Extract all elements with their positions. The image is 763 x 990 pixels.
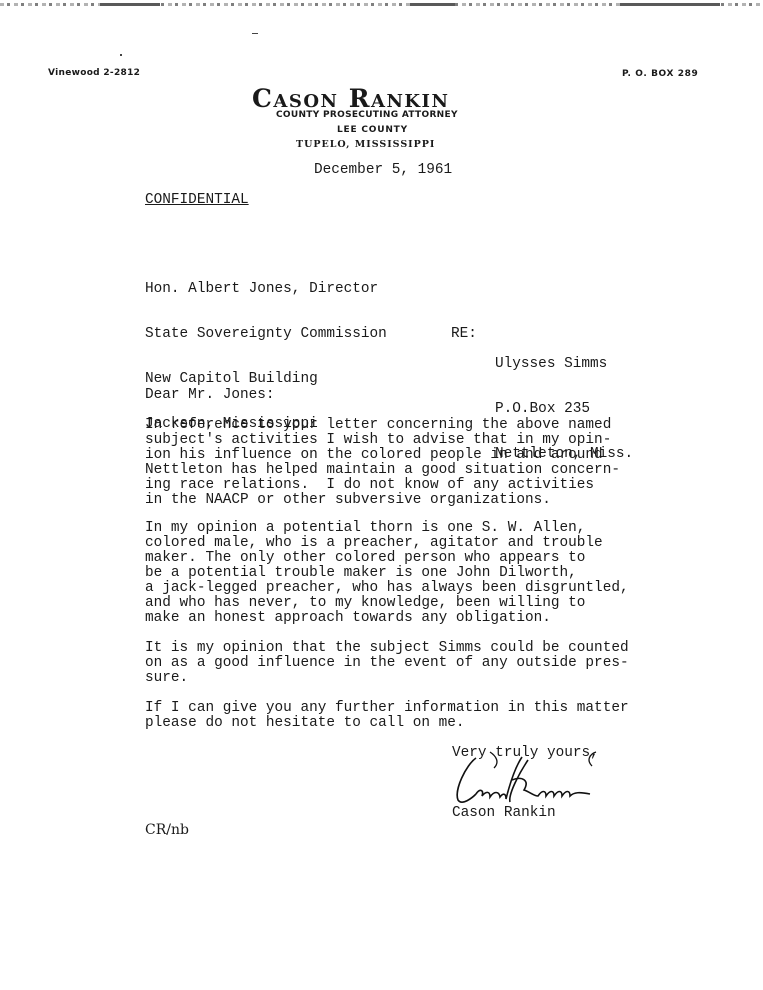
subject-line: Ulysses Simms xyxy=(495,357,633,372)
body-paragraph: It is my opinion that the subject Simms … xyxy=(145,641,629,686)
recipient-line: New Capitol Building xyxy=(145,372,387,387)
letterhead-phone: Vinewood 2-2812 xyxy=(48,68,140,78)
letterhead-title: COUNTY PROSECUTING ATTORNEY xyxy=(276,110,458,120)
scan-speck xyxy=(120,54,122,56)
scan-top-edge xyxy=(0,3,763,6)
letterhead-name: Cason Rankin xyxy=(252,84,449,113)
letter-date: December 5, 1961 xyxy=(314,163,452,178)
recipient-line: State Sovereignty Commission xyxy=(145,327,387,342)
salutation: Dear Mr. Jones: xyxy=(145,388,275,403)
letterhead-po-box: P. O. BOX 289 xyxy=(622,69,698,79)
confidential-label: CONFIDENTIAL xyxy=(145,193,249,208)
signer-name: Cason Rankin xyxy=(452,806,556,821)
body-paragraph: In reference to your letter concerning t… xyxy=(145,418,620,508)
subject-line: P.O.Box 235 xyxy=(495,402,633,417)
letterhead-county: LEE COUNTY xyxy=(337,125,408,135)
body-paragraph: If I can give you any further informatio… xyxy=(145,701,629,731)
letterhead-city: TUPELO, MISSISSIPPI xyxy=(296,139,435,150)
body-paragraph: In my opinion a potential thorn is one S… xyxy=(145,521,629,626)
signature-icon xyxy=(446,750,646,810)
scan-speck xyxy=(252,33,258,34)
recipient-line: Hon. Albert Jones, Director xyxy=(145,282,387,297)
typist-initials: CR/nb xyxy=(145,822,189,838)
